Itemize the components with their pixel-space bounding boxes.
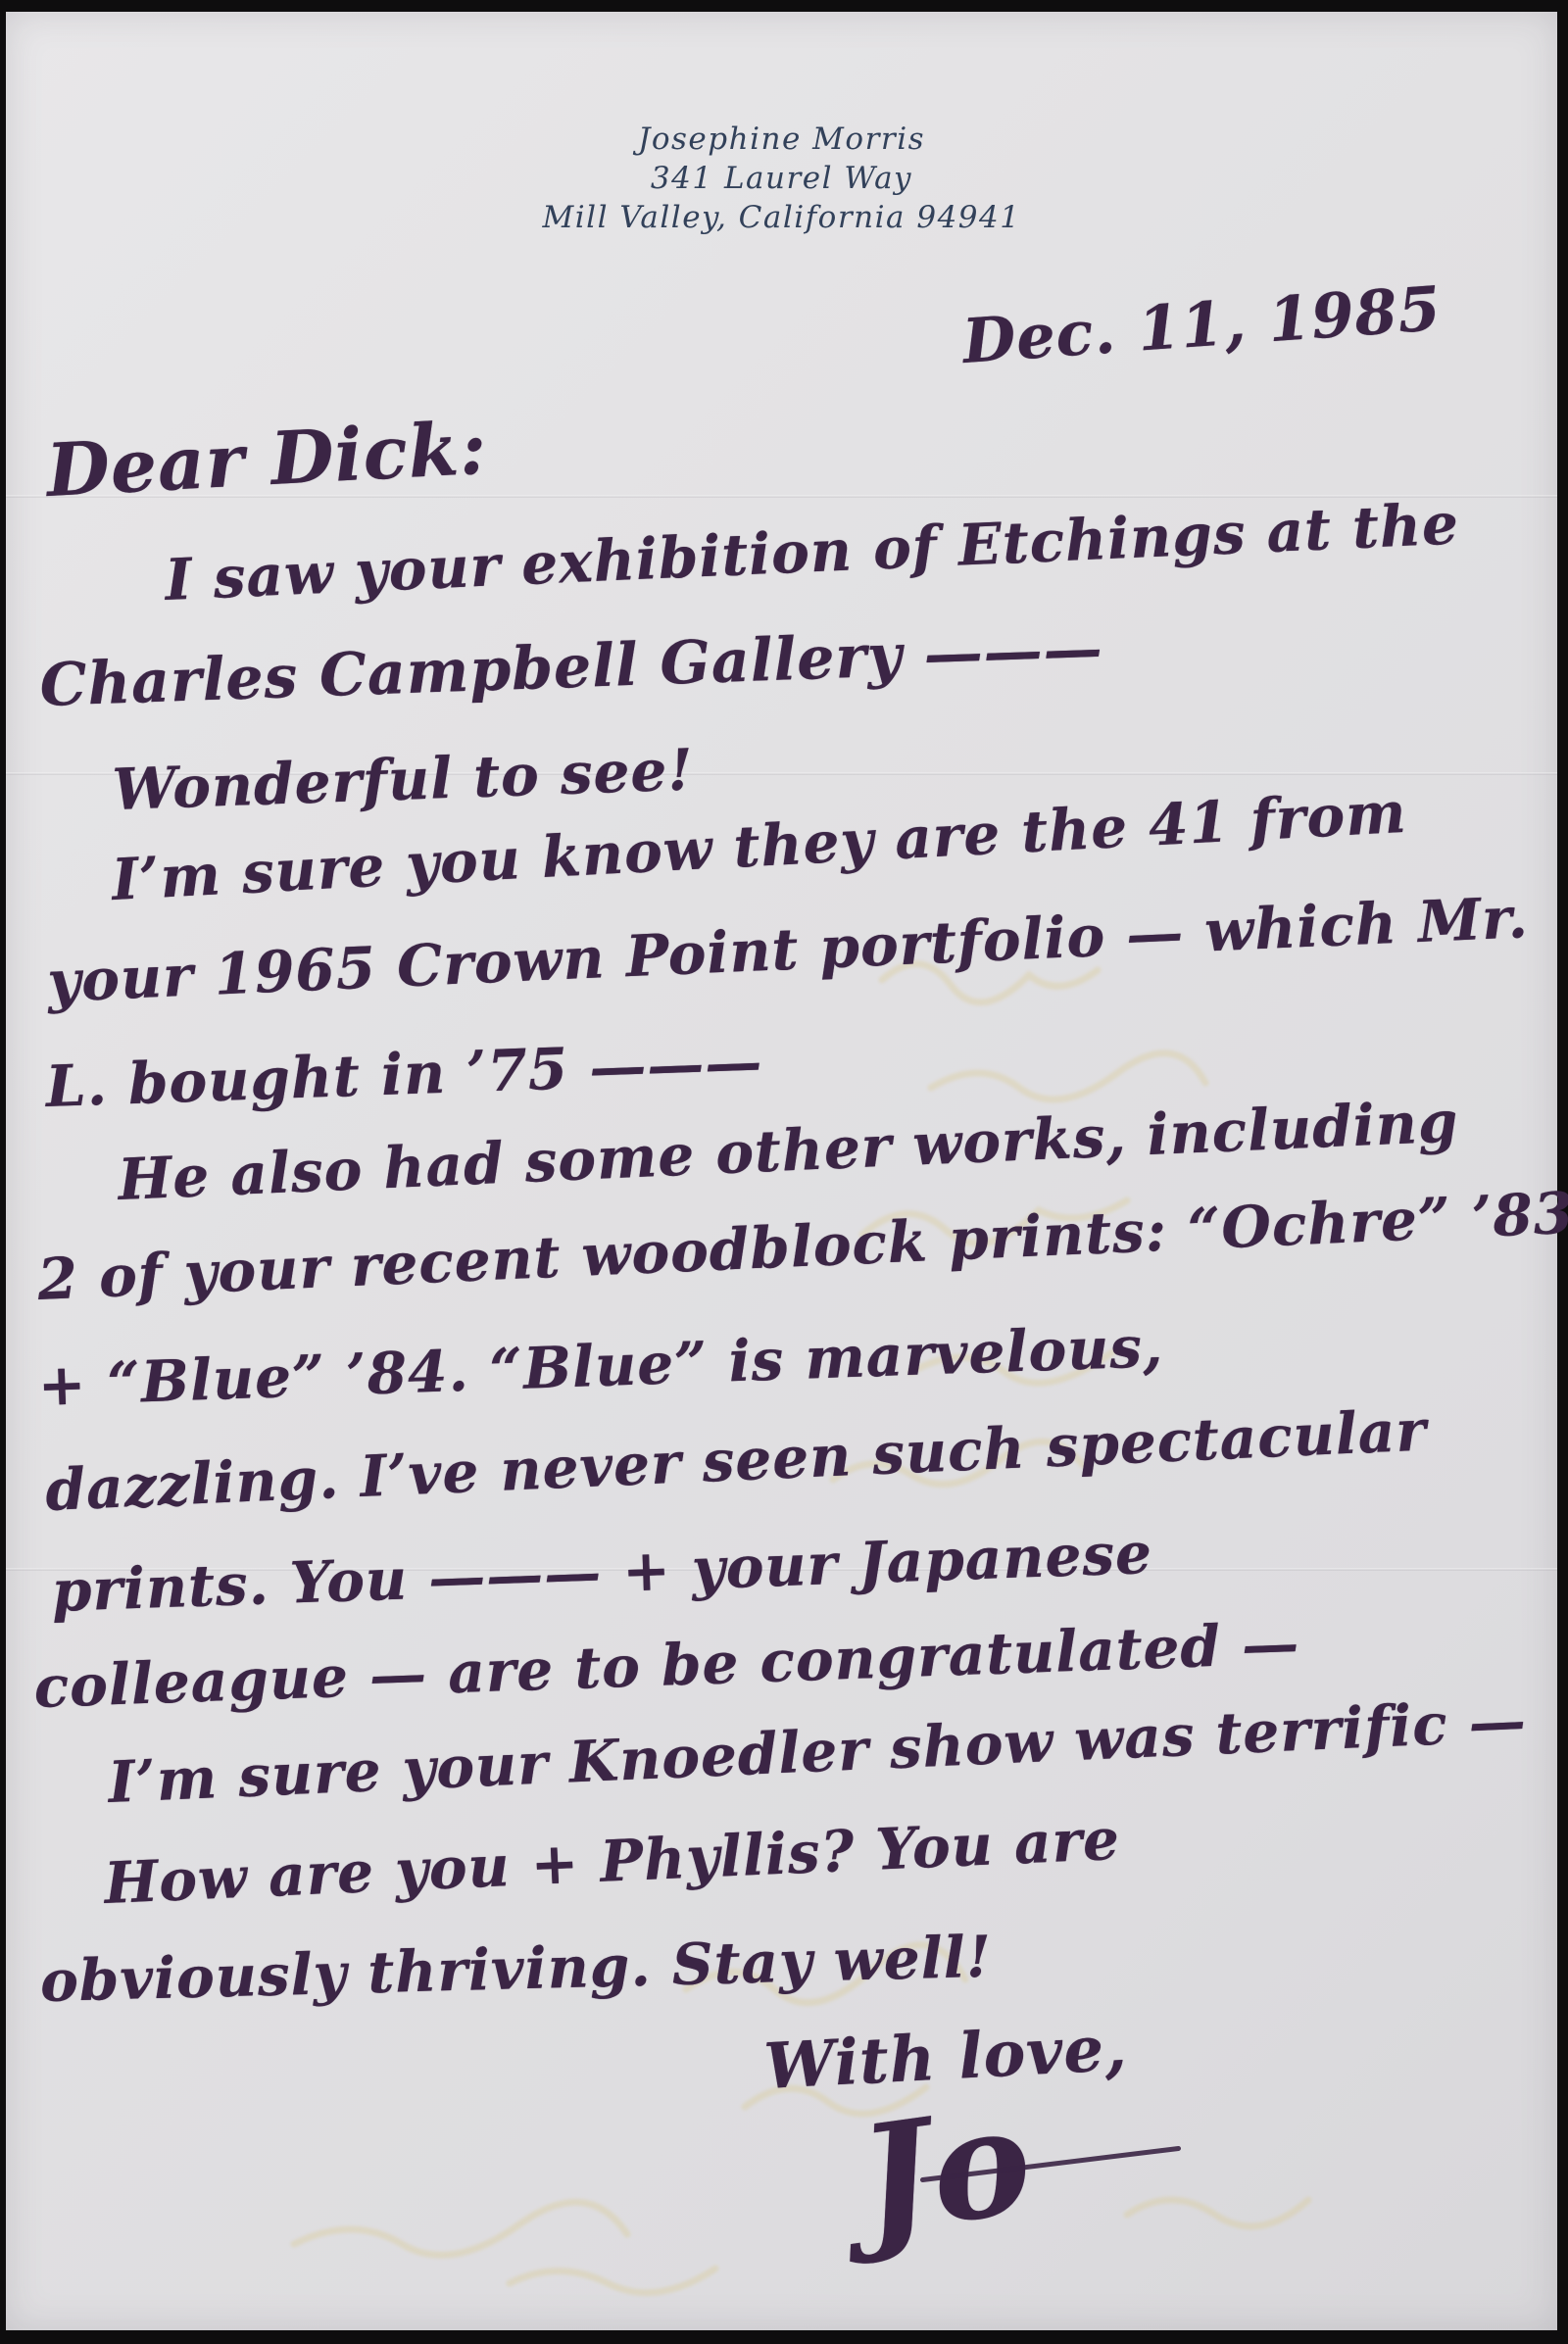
- letterhead-address-line1: 341 Laurel Way: [6, 159, 1557, 198]
- letter-scan: Josephine Morris 341 Laurel Way Mill Val…: [0, 0, 1568, 2344]
- letterhead: Josephine Morris 341 Laurel Way Mill Val…: [6, 120, 1557, 237]
- letterhead-address-line2: Mill Valley, California 94941: [6, 198, 1557, 237]
- letterhead-name: Josephine Morris: [6, 120, 1557, 159]
